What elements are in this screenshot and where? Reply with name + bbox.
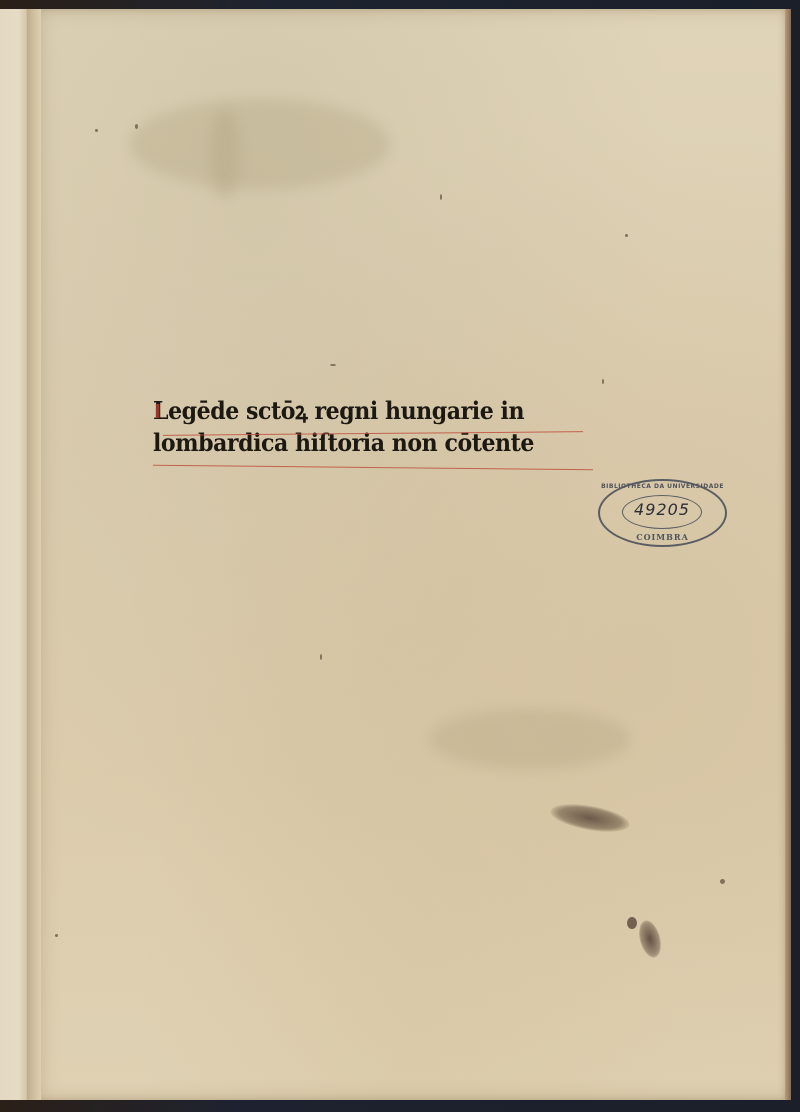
title-page xyxy=(30,9,788,1100)
scan-top-edge xyxy=(0,0,800,9)
worm-damage xyxy=(627,917,637,929)
book-gutter xyxy=(27,9,41,1100)
page-right-edge xyxy=(785,9,791,1100)
title-text-block: Legēde sctōꝝ regni hungarie in lombardic… xyxy=(153,395,613,459)
facing-page-edge xyxy=(0,9,30,1100)
speck xyxy=(55,934,58,937)
speck xyxy=(135,124,138,129)
stamp-accession-number: 49205 xyxy=(622,500,702,519)
speck xyxy=(320,654,322,660)
speck xyxy=(602,379,604,384)
speck xyxy=(720,879,725,884)
stamp-bottom-text: COIMBRA xyxy=(600,532,725,542)
speck xyxy=(440,194,442,200)
stamp-top-text: BIBLIOTHECA DA UNIVERSIDADE xyxy=(600,483,725,490)
speck xyxy=(625,234,628,237)
rubricated-initial: L xyxy=(153,396,168,425)
water-stain xyxy=(430,709,630,769)
speck xyxy=(330,364,336,366)
scan-bottom-edge xyxy=(0,1100,800,1112)
water-stain xyxy=(210,109,240,199)
speck xyxy=(95,129,98,132)
title-line-1: Legēde sctōꝝ regni hungarie in xyxy=(153,395,576,427)
title-line-1-text: egēde sctōꝝ regni hungarie in xyxy=(168,396,524,425)
water-stain xyxy=(130,99,390,189)
library-stamp: BIBLIOTHECA DA UNIVERSIDADE 49205 COIMBR… xyxy=(598,479,727,547)
